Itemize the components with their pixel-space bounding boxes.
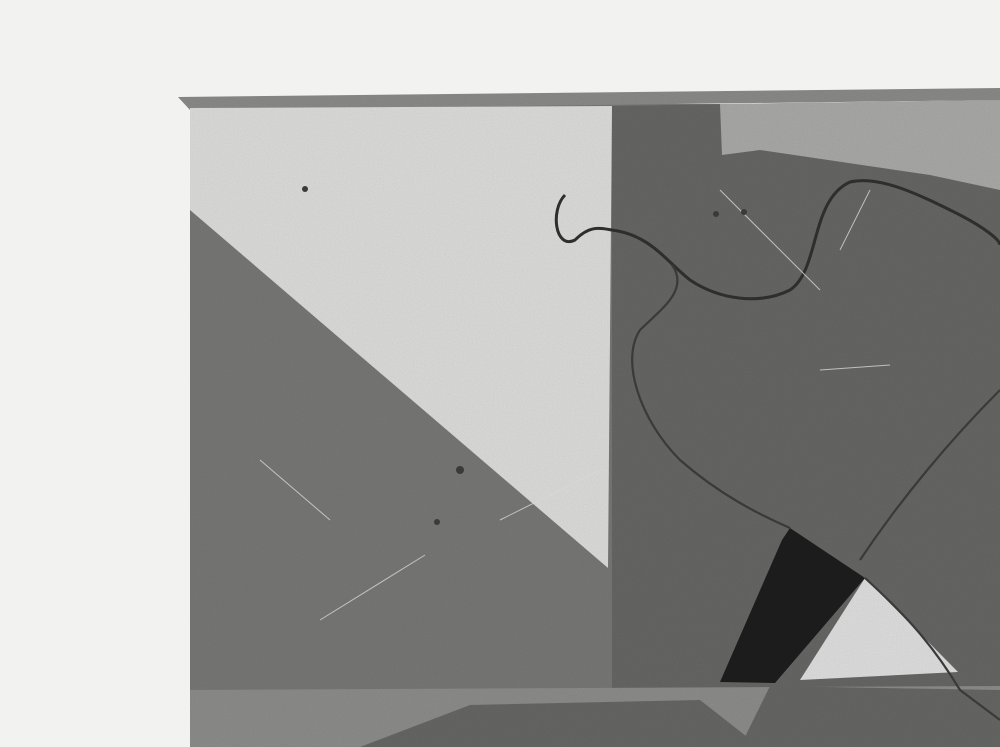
lower-right-dark-block — [740, 686, 1000, 747]
artwork-photograph — [0, 0, 1000, 747]
